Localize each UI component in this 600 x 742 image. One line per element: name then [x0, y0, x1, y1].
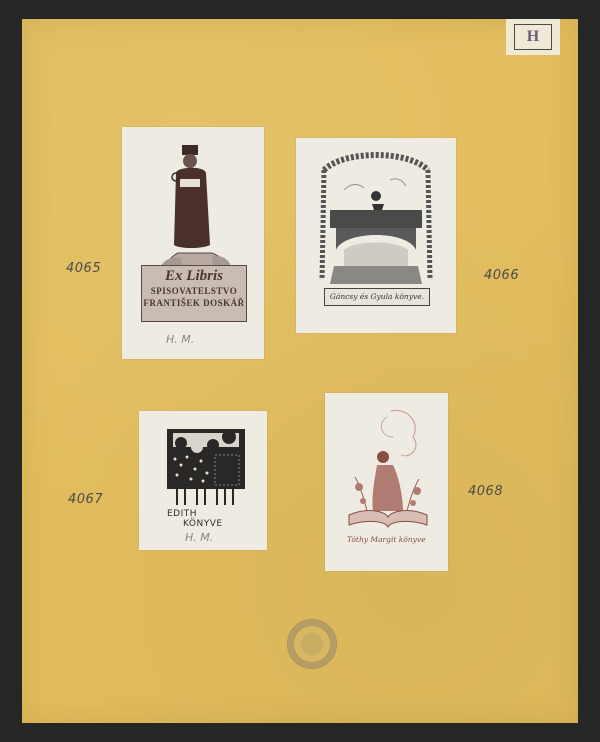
bookplate-card-4067[interactable]: EDITH KÖNYVE H. M.: [139, 411, 267, 550]
ex-libris-title: Ex Libris: [142, 269, 246, 284]
collection-seal-stamp: [287, 619, 337, 669]
pencil-signature: H. M.: [166, 333, 194, 346]
bookplate-caption: Gáncsy és Gyula könyve.: [324, 288, 430, 306]
sheet-label-letter: H: [514, 24, 552, 50]
item-number-4065: 4065: [66, 261, 101, 276]
ex-libris-line2: SPISOVATELSTVO: [142, 287, 246, 296]
bookplate-caption: EDITH KÖNYVE: [167, 509, 247, 529]
item-number-4066: 4066: [484, 268, 519, 283]
bookplate-card-4068[interactable]: Tóthy Margit könyve: [325, 393, 448, 571]
bookplate-card-4066[interactable]: Gáncsy és Gyula könyve.: [296, 138, 456, 333]
bookplate-card-4065[interactable]: Ex Libris SPISOVATELSTVO FRANTIŠEK DOSKÁ…: [122, 127, 264, 359]
ex-libris-plate: Ex Libris SPISOVATELSTVO FRANTIŠEK DOSKÁ…: [141, 265, 247, 322]
bridge-illustration: [314, 150, 438, 290]
item-number-4067: 4067: [68, 492, 103, 507]
album-sheet: [22, 19, 578, 723]
caption-line1: EDITH: [167, 509, 247, 519]
item-number-4068: 4068: [468, 484, 503, 499]
pencil-signature: H. M.: [185, 531, 213, 544]
caption-line2: KÖNYVE: [167, 519, 247, 529]
sheet-label: H: [506, 19, 560, 55]
woman-reading-illustration: [347, 407, 429, 535]
children-group-illustration: [167, 425, 245, 509]
scholar-figure-illustration: [152, 145, 238, 285]
bookplate-caption: Tóthy Margit könyve: [347, 535, 433, 544]
ex-libris-owner: FRANTIŠEK DOSKÁŘ: [142, 299, 246, 308]
